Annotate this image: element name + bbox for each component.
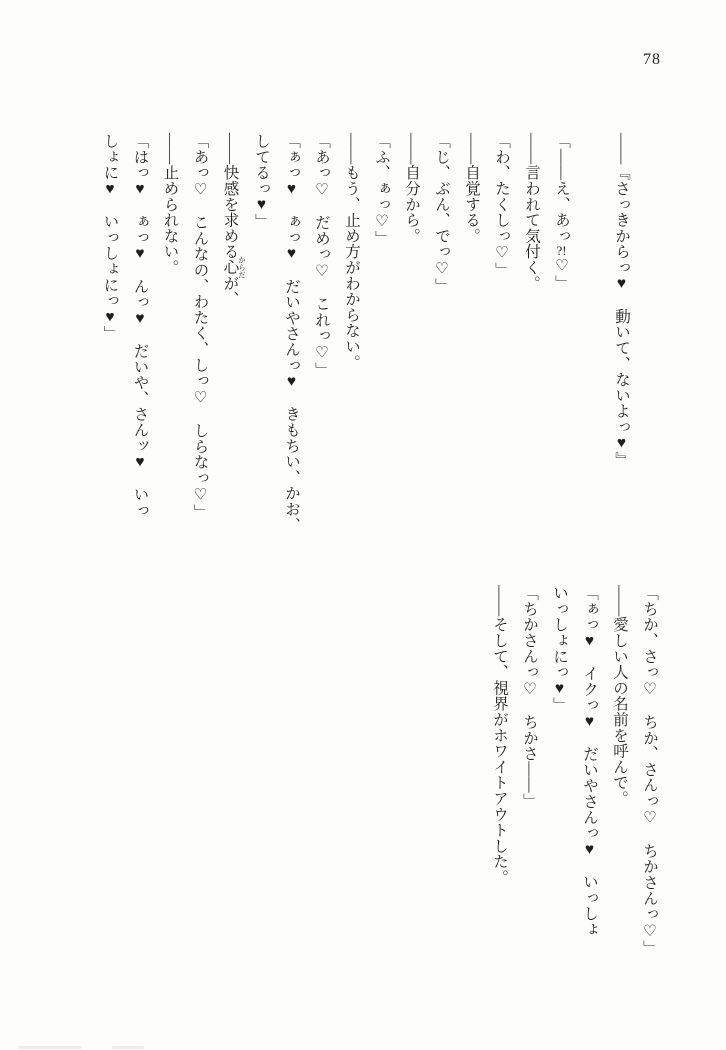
tate-chu-yoko-interrobang: ?!	[554, 244, 569, 257]
scan-artifact	[112, 1046, 144, 1049]
dialogue-continuation-line: しょに♥ いっしょにっ♥」	[95, 133, 125, 563]
dialogue-text: ♡」	[553, 257, 570, 291]
dialogue-line: 「ぁっ♥ イクっ♥ だいやさんっ♥ いっしょ	[574, 585, 604, 955]
scan-artifact	[18, 1046, 82, 1049]
novel-page: 78 ——『さっきからっ♥ 動いて、ないよっ♥』 「——え、あっ?!♡」 ——言…	[0, 0, 726, 1050]
narration-line: ——『さっきからっ♥ 動いて、ないよっ♥』	[606, 133, 636, 563]
dialogue-line: 「わ、たくしっ♡」	[486, 133, 516, 563]
dialogue-line: 「——え、あっ?!♡」	[546, 133, 576, 563]
narration-line: ——止められない。	[155, 133, 185, 563]
narration-line: ——もう、止め方がわからない。	[336, 133, 366, 563]
dialogue-line: 「ぁっ♥ ぁっ♥ だいやさんっ♥ きもちい、かお、	[276, 133, 306, 563]
narration-line: ——自覚する。	[456, 133, 486, 563]
narration-text: ——快感を求める	[222, 133, 239, 259]
dialogue-line: 「あっ♡ こんなの、わたく、しっ♡ しらなっ♡」	[185, 133, 215, 563]
dialogue-line: 「ちかさんっ♡ ちかさ——」	[514, 585, 544, 955]
narration-line: ——自分から。	[396, 133, 426, 563]
dialogue-line: 「ちか、さっ♡ ちか、さんっ♡ ちかさんっ♡」	[634, 585, 664, 955]
narration-line: ——言われて気付く。	[516, 133, 546, 563]
dialogue-text: 「——え、あっ	[553, 133, 570, 244]
narration-line: ——そして、視界がホワイトアウトした。	[484, 585, 514, 955]
ruby-furigana: からだ	[238, 256, 247, 279]
upper-text-block: ——『さっきからっ♥ 動いて、ないよっ♥』 「——え、あっ?!♡」 ——言われて…	[90, 133, 636, 563]
narration-line: ——快感を求める心からだが、	[215, 133, 247, 563]
dialogue-line: 「ふ、ぁっ♡」	[366, 133, 396, 563]
ruby-annotation: 心からだ	[222, 259, 239, 275]
blank-line	[576, 133, 606, 563]
narration-text: が、	[222, 275, 239, 307]
narration-line: ——愛しい人の名前を呼んで。	[604, 585, 634, 955]
lower-text-block: 「ちか、さっ♡ ちか、さんっ♡ ちかさんっ♡」 ——愛しい人の名前を呼んで。 「…	[478, 585, 664, 955]
dialogue-line: 「はっ♥ ぁっ♥ んっ♥ だいや、さんッ♥ いっ	[125, 133, 155, 563]
page-number: 78	[643, 51, 661, 69]
dialogue-continuation-line: してるっ♥」	[246, 133, 276, 563]
dialogue-line: 「じ、ぶん、でっ♡」	[426, 133, 456, 563]
dialogue-continuation-line: いっしょにっ♥」	[544, 585, 574, 955]
dialogue-line: 「あっ♡ だめっ♡ これっ♡」	[306, 133, 336, 563]
